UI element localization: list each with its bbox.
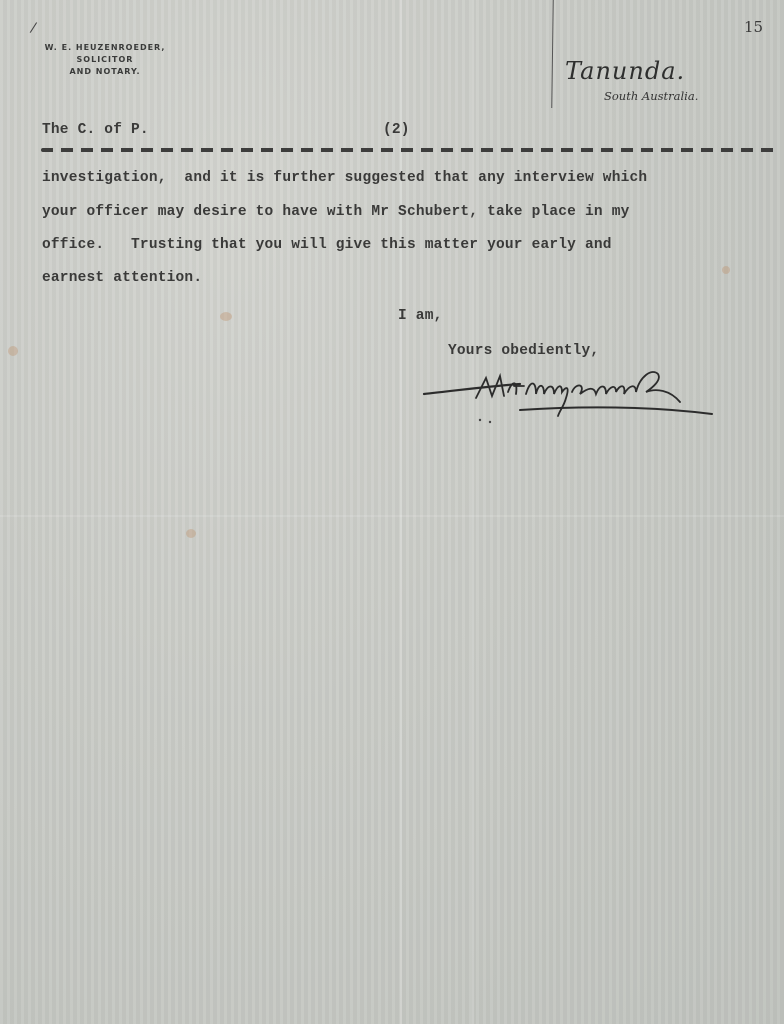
sender-title: SOLICITOR: [30, 54, 180, 66]
paper-stain: [186, 529, 196, 538]
body-line: investigation, and it is further suggest…: [42, 170, 647, 186]
paper-stain: [220, 312, 232, 321]
sender-name: W. E. HEUZENROEDER,: [30, 42, 180, 54]
paper-fold-vertical: [400, 0, 402, 1024]
sender-title-2: AND NOTARY.: [30, 66, 180, 78]
closing-valediction: Yours obediently,: [448, 343, 599, 359]
paper-stain: [8, 346, 18, 356]
paper-stain: [722, 266, 730, 274]
letterhead-sender: W. E. HEUZENROEDER, SOLICITOR AND NOTARY…: [30, 42, 180, 78]
paper-fold-vertical: [472, 0, 474, 1024]
body-line: your officer may desire to have with Mr …: [42, 204, 630, 220]
closing-salutation: I am,: [398, 308, 443, 324]
paper-background: [0, 0, 784, 1024]
handwritten-page-number: 15: [744, 18, 763, 36]
letterhead-region: South Australia.: [604, 89, 698, 103]
page-number: (2): [383, 122, 410, 138]
paper-fold-horizontal: [0, 515, 784, 517]
body-line: office. Trusting that you will give this…: [42, 237, 612, 253]
body-line: earnest attention.: [42, 270, 202, 286]
dashed-separator: [41, 148, 775, 152]
letterhead-place: Tanunda.: [565, 57, 685, 85]
addressee: The C. of P.: [42, 122, 149, 138]
handwritten-signature: [420, 362, 720, 428]
